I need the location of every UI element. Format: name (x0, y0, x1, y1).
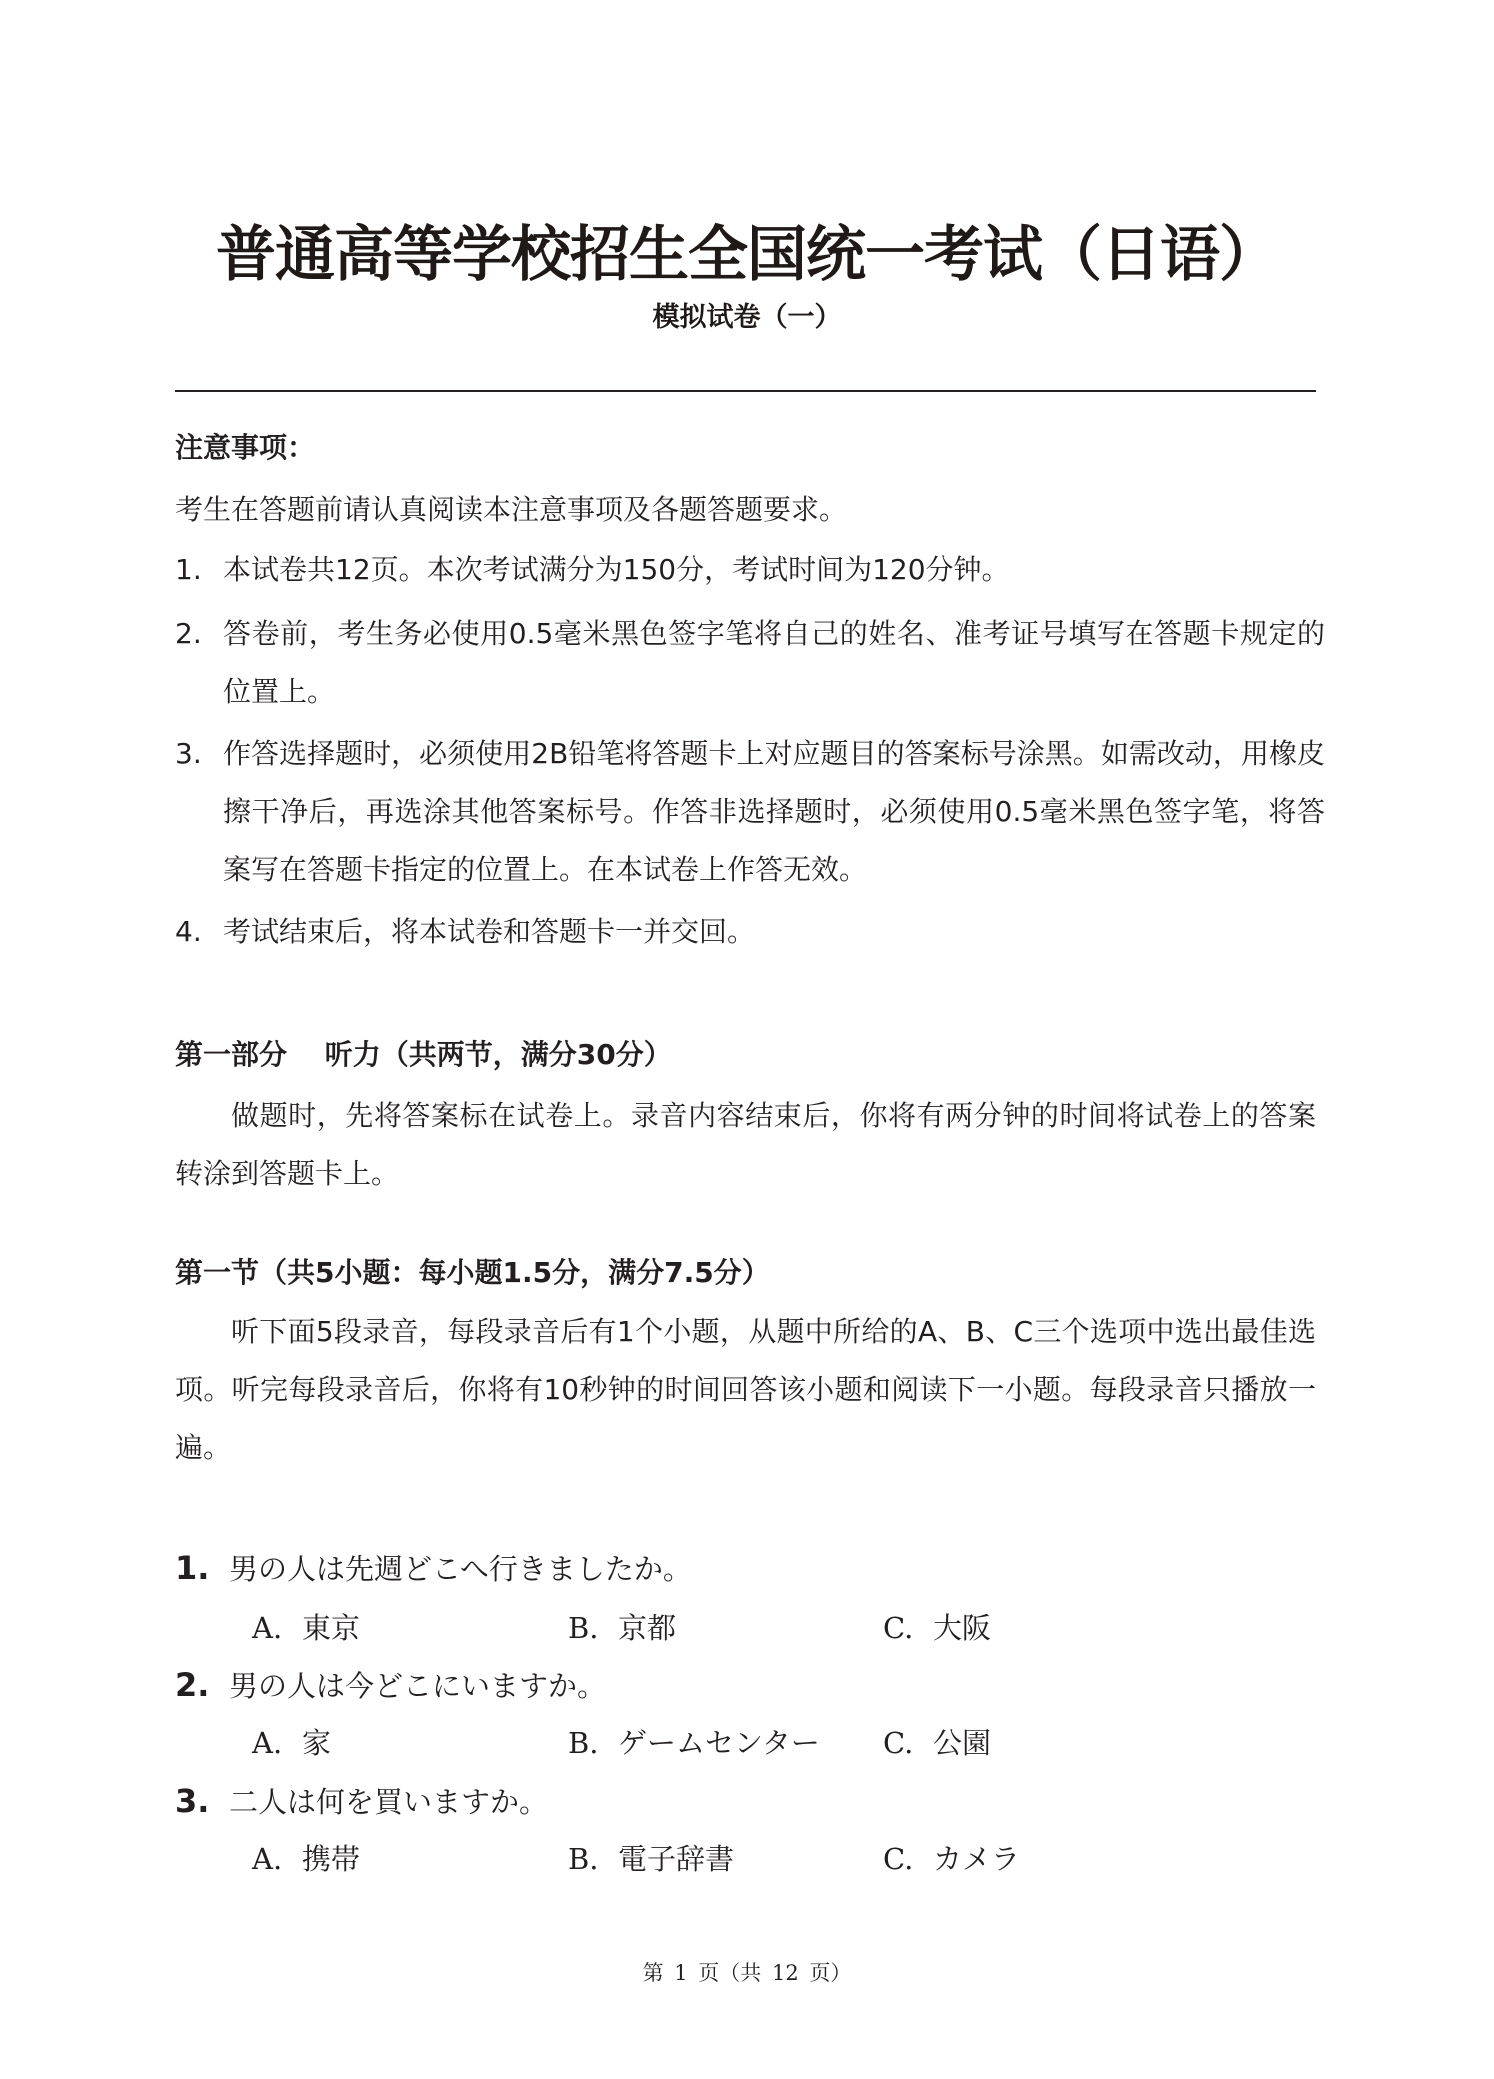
option-letter: C. (883, 1608, 933, 1648)
option-text: カメラ (933, 1842, 1020, 1876)
question-number: 2. (175, 1665, 229, 1705)
option-c[interactable]: C.公園 (883, 1723, 991, 1763)
notice-item: 2. 答卷前，考生务必使用0.5毫米黑色签字笔将自己的姓名、准考证号填写在答题卡… (175, 605, 1325, 721)
notice-intro: 考生在答题前请认真阅读本注意事项及各题答题要求。 (175, 490, 847, 530)
option-letter: A. (252, 1608, 302, 1648)
option-text: 公園 (933, 1726, 991, 1760)
question-number: 3. (175, 1781, 229, 1821)
option-letter: A. (252, 1723, 302, 1763)
option-b[interactable]: B.電子辞書 (568, 1839, 734, 1879)
notice-item-text: 考试结束后，将本试卷和答题卡一并交回。 (223, 903, 1325, 961)
page-number: 第 1 页（共 12 页） (0, 1958, 1494, 1988)
question-text: 男の人は今どこにいますか。 (229, 1669, 606, 1703)
notice-item: 3. 作答选择题时，必须使用2B铅笔将答题卡上对应题目的答案标号涂黑。如需改动，… (175, 725, 1325, 899)
option-a[interactable]: A.東京 (252, 1608, 360, 1648)
option-b[interactable]: B.ゲームセンター (568, 1723, 820, 1763)
option-letter: B. (568, 1723, 618, 1763)
notice-item-text: 答卷前，考生务必使用0.5毫米黑色签字笔将自己的姓名、准考证号填写在答题卡规定的… (223, 605, 1325, 721)
notice-item: 1. 本试卷共12页。本次考试满分为150分，考试时间为120分钟。 (175, 541, 1325, 599)
option-text: 家 (302, 1726, 331, 1760)
option-a[interactable]: A.携帯 (252, 1839, 360, 1879)
option-text: 東京 (302, 1611, 360, 1645)
notice-item-text: 作答选择题时，必须使用2B铅笔将答题卡上对应题目的答案标号涂黑。如需改动，用橡皮… (223, 725, 1325, 899)
option-a[interactable]: A.家 (252, 1723, 331, 1763)
option-c[interactable]: C.大阪 (883, 1608, 991, 1648)
notice-item-number: 3. (175, 725, 220, 783)
notice-item-number: 4. (175, 903, 220, 961)
exam-subtitle: 模拟试卷（一） (0, 300, 1494, 336)
option-letter: A. (252, 1839, 302, 1879)
option-text: 電子辞書 (618, 1842, 734, 1876)
exam-page: 普通高等学校招生全国统一考试（日语） 模拟试卷（一） 注意事项： 考生在答题前请… (0, 0, 1494, 2079)
section-heading: 第一节（共5小题：每小题1.5分，满分7.5分） (175, 1253, 770, 1293)
option-letter: C. (883, 1723, 933, 1763)
notice-item-text: 本试卷共12页。本次考试满分为150分，考试时间为120分钟。 (223, 541, 1325, 599)
option-letter: C. (883, 1839, 933, 1879)
question: 3.二人は何を買いますか。 (175, 1781, 548, 1823)
option-text: 携帯 (302, 1842, 360, 1876)
option-text: 京都 (618, 1611, 676, 1645)
part-instructions: 做题时，先将答案标在试卷上。录音内容结束后，你将有两分钟的时间将试卷上的答案转涂… (175, 1087, 1316, 1203)
question-number: 1. (175, 1548, 229, 1588)
part-heading: 第一部分 听力（共两节，满分30分） (175, 1035, 672, 1075)
notice-heading: 注意事项： (175, 428, 315, 468)
notice-item-number: 2. (175, 605, 220, 663)
question: 2.男の人は今どこにいますか。 (175, 1665, 606, 1707)
option-text: 大阪 (933, 1611, 991, 1645)
option-letter: B. (568, 1608, 618, 1648)
option-b[interactable]: B.京都 (568, 1608, 676, 1648)
notice-item-number: 1. (175, 541, 220, 599)
option-c[interactable]: C.カメラ (883, 1839, 1020, 1879)
question-text: 二人は何を買いますか。 (229, 1785, 548, 1819)
question: 1.男の人は先週どこへ行きましたか。 (175, 1548, 692, 1590)
notice-item: 4. 考试结束后，将本试卷和答题卡一并交回。 (175, 903, 1325, 961)
section-instructions: 听下面5段录音，每段录音后有1个小题，从题中所给的A、B、C三个选项中选出最佳选… (175, 1303, 1316, 1477)
option-text: ゲームセンター (618, 1726, 820, 1760)
question-text: 男の人は先週どこへ行きましたか。 (229, 1552, 692, 1586)
option-letter: B. (568, 1839, 618, 1879)
header-divider (175, 390, 1316, 392)
exam-title: 普通高等学校招生全国统一考试（日语） (0, 218, 1494, 292)
